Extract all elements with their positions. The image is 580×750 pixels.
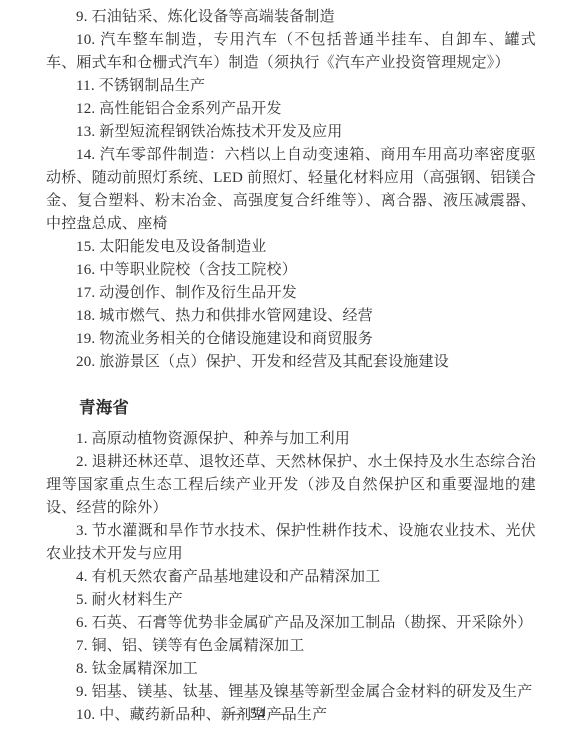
list-item: 9. 石油钻采、炼化设备等高端装备制造 <box>46 6 536 29</box>
list-item: 15. 太阳能发电及设备制造业 <box>46 236 536 259</box>
list-item: 13. 新型短流程钢铁冶炼技术开发及应用 <box>46 121 536 144</box>
list-item: 12. 高性能铝合金系列产品开发 <box>46 98 536 121</box>
list-item: 17. 动漫创作、制作及衍生品开发 <box>46 282 536 305</box>
list-item: 20. 旅游景区（点）保护、开发和经营及其配套设施建设 <box>46 351 536 374</box>
list-item: 18. 城市燃气、热力和供排水管网建设、经营 <box>46 305 536 328</box>
list-item: 6. 石英、石膏等优势非金属矿产品及深加工制品（勘探、开采除外） <box>46 612 536 635</box>
list-item: 9. 铝基、镁基、钛基、锂基及镍基等新型金属合金材料的研发及生产 <box>46 681 536 704</box>
list-item: 3. 节水灌溉和旱作节水技术、保护性耕作技术、设施农业技术、光伏农业技术开发与应… <box>46 520 536 566</box>
list-item: 5. 耐火材料生产 <box>46 589 536 612</box>
list-item: 14. 汽车零部件制造：六档以上自动变速箱、商用车用高功率密度驱动桥、随动前照灯… <box>46 144 536 236</box>
list-item: 4. 有机天然农畜产品基地建设和产品精深加工 <box>46 566 536 589</box>
province-heading: 青海省 <box>46 395 536 421</box>
list-item: 8. 钛金属精深加工 <box>46 658 536 681</box>
list-item: 16. 中等职业院校（含技工院校） <box>46 259 536 282</box>
list-item: 10. 汽车整车制造，专用汽车（不包括普通半挂车、自卸车、罐式车、厢式车和仓栅式… <box>46 29 536 75</box>
page-number: — 54 — <box>0 706 516 723</box>
list-item: 2. 退耕还林还草、退牧还草、天然林保护、水土保持及水生态综合治理等国家重点生态… <box>46 451 536 520</box>
list-item: 11. 不锈钢制品生产 <box>46 75 536 98</box>
document-page: 9. 石油钻采、炼化设备等高端装备制造 10. 汽车整车制造，专用汽车（不包括普… <box>0 0 580 750</box>
list-item: 1. 高原动植物资源保护、种养与加工利用 <box>46 428 536 451</box>
document-content: 9. 石油钻采、炼化设备等高端装备制造 10. 汽车整车制造，专用汽车（不包括普… <box>46 6 536 727</box>
list-item: 7. 铜、铝、镁等有色金属精深加工 <box>46 635 536 658</box>
list-item: 19. 物流业务相关的仓储设施建设和商贸服务 <box>46 328 536 351</box>
